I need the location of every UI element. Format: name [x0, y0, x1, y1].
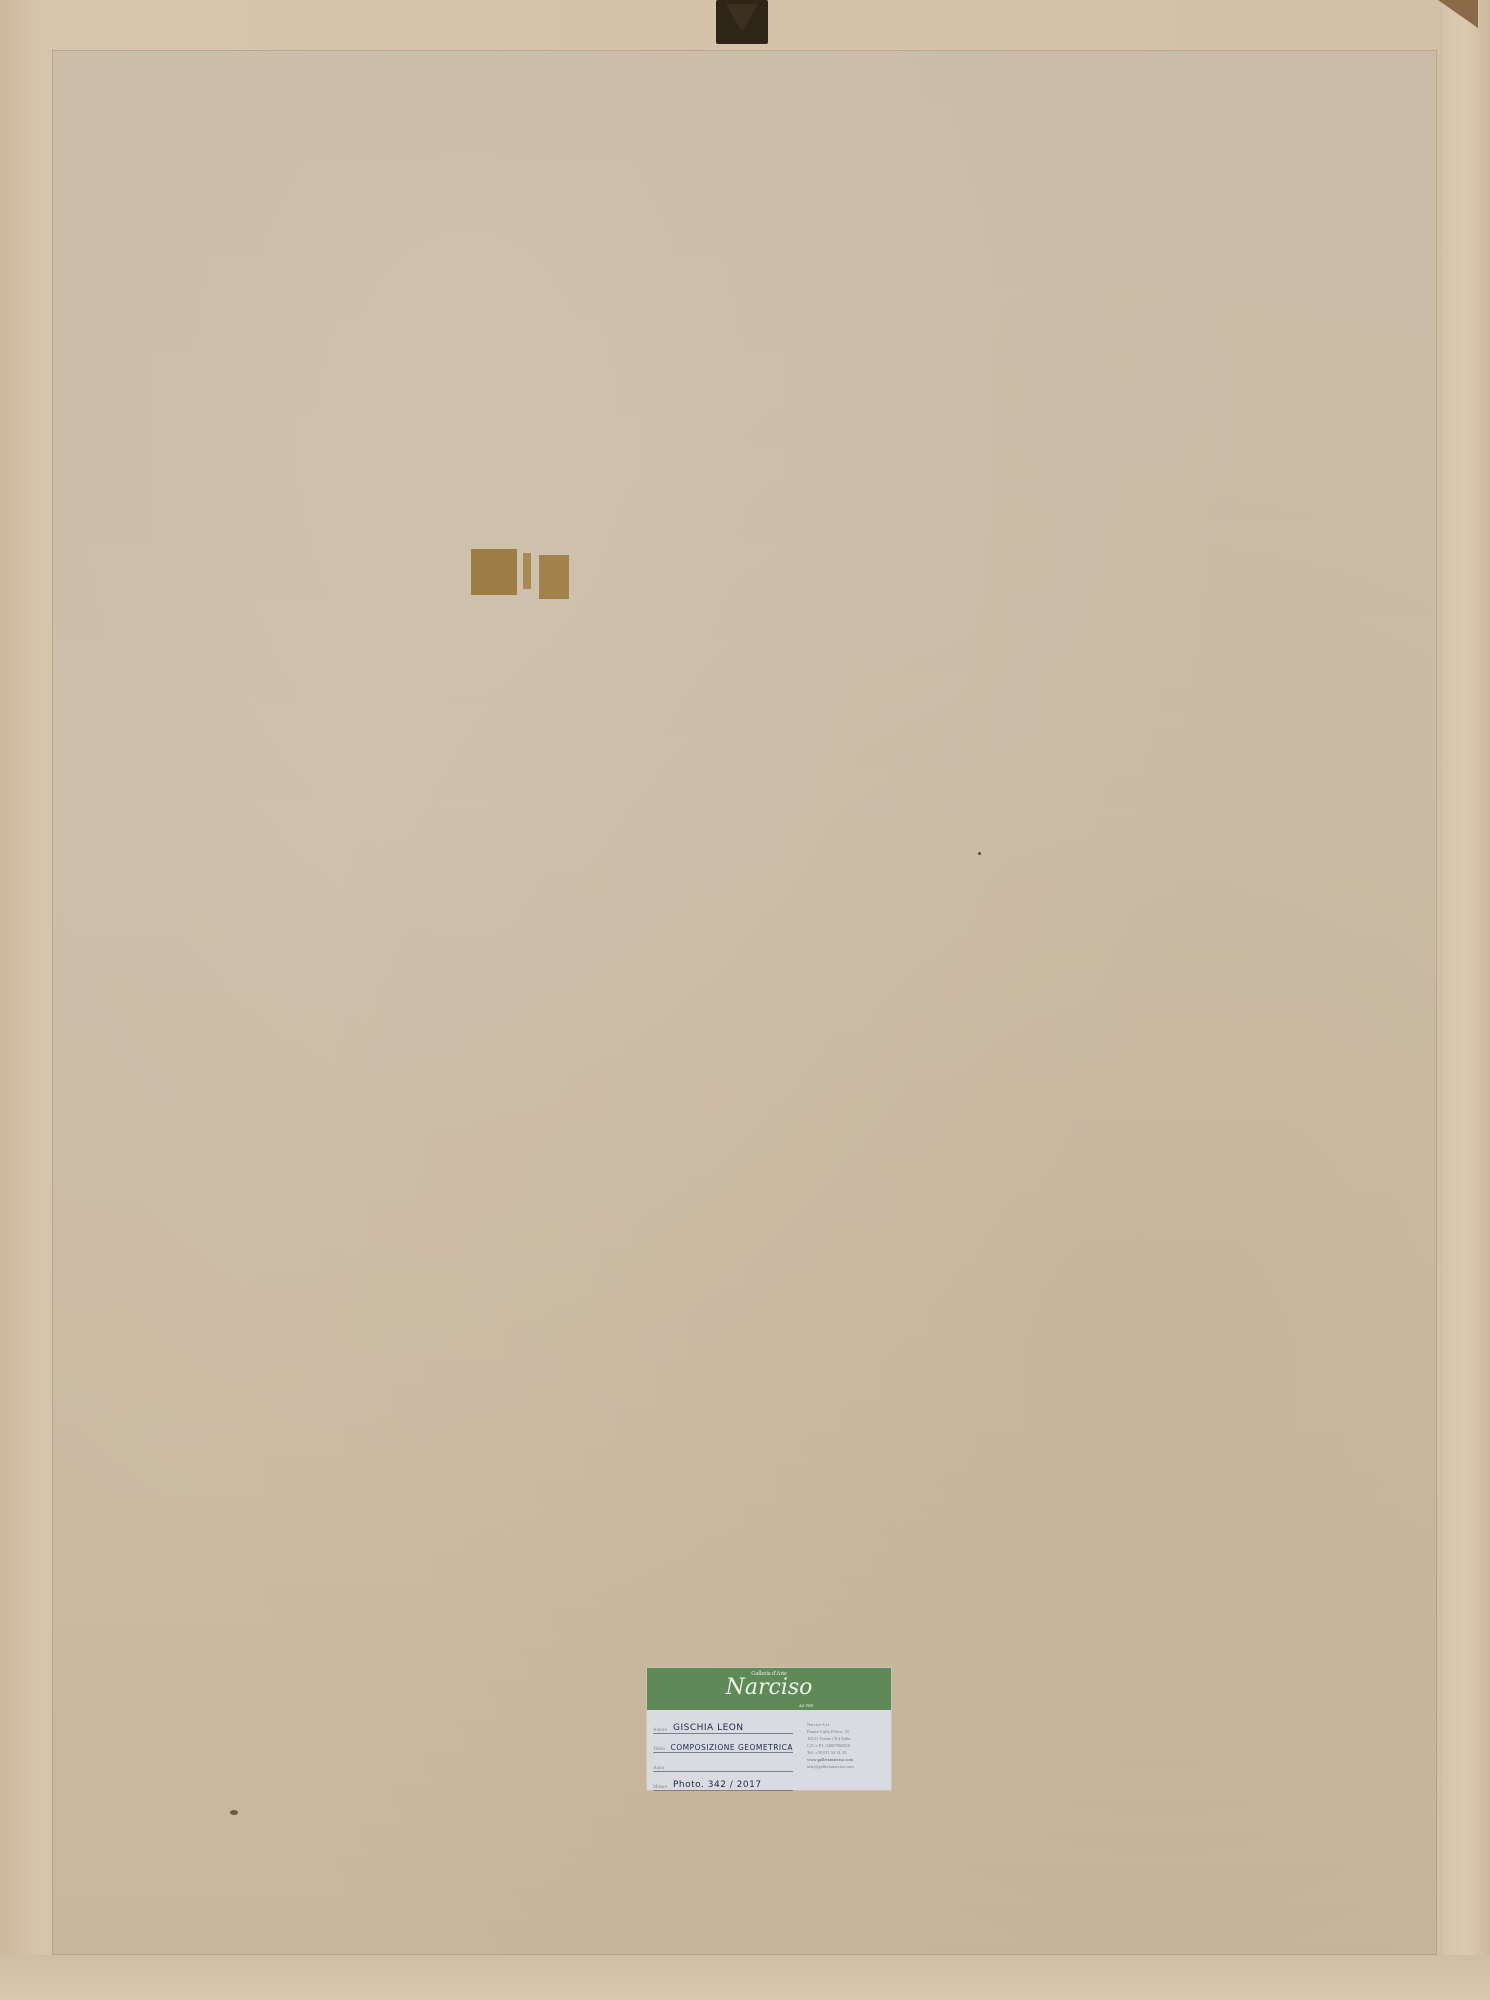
label-fields: Autore GISCHIA LEON Titolo COMPOSIZIONE …	[653, 1716, 793, 1792]
field-titolo: Titolo COMPOSIZIONE GEOMETRICA	[653, 1735, 793, 1753]
hanger-icon	[716, 0, 768, 44]
frame-right-edge	[1442, 0, 1490, 2000]
field-autore: Autore GISCHIA LEON	[653, 1716, 793, 1734]
speck	[978, 852, 981, 855]
field-anno: Anno	[653, 1754, 793, 1772]
gallery-name: Narciso	[647, 1677, 891, 1699]
gallery-email: info@gallerianarciso.com	[807, 1763, 854, 1770]
label-header: Galleria d'Arte Narciso dal 1968	[647, 1668, 891, 1710]
speck	[230, 1810, 238, 1815]
tape-remnant	[471, 549, 571, 599]
gallery-since: dal 1968	[799, 1703, 813, 1708]
gallery-address: Narciso S.r.l. Piazza Carlo Felice, 18 1…	[807, 1721, 854, 1770]
field-misure: Misure Photo. 342 / 2017	[653, 1773, 793, 1791]
torn-corner	[1438, 0, 1478, 28]
gallery-label: Galleria d'Arte Narciso dal 1968 Autore …	[647, 1668, 891, 1790]
gallery-website: www.gallerianarciso.com	[807, 1756, 854, 1763]
frame-bottom-edge	[0, 1955, 1490, 2000]
